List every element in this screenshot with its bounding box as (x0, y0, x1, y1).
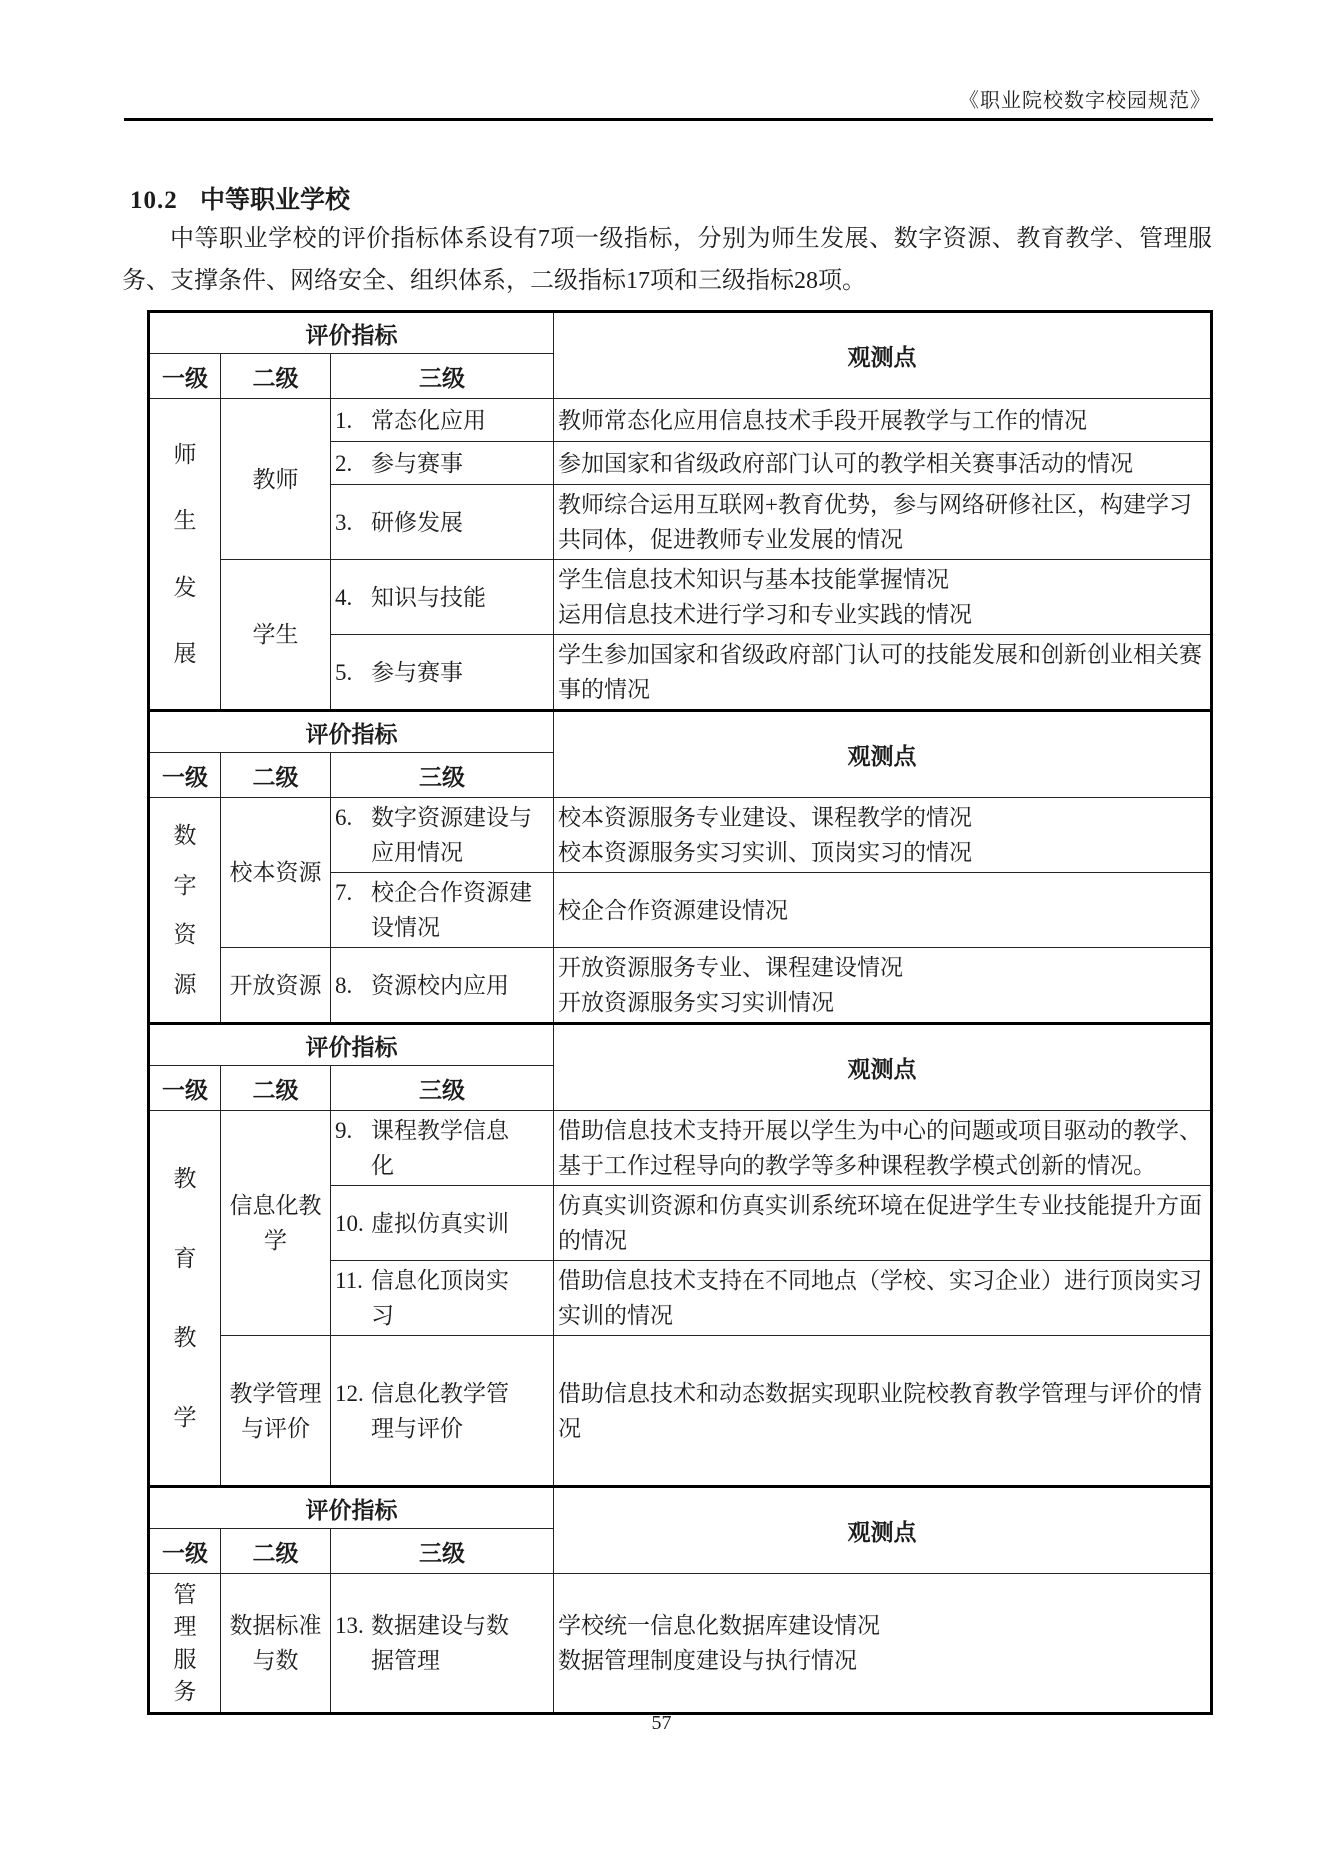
header-cell-level3: 三级 (331, 354, 554, 399)
level1-cell: 数字资源 (149, 798, 221, 1024)
level1-char: 教 (174, 1326, 197, 1349)
level3-cell: 2.参与赛事 (331, 442, 554, 485)
level3-cell: 6.数字资源建设与 应用情况 (331, 798, 554, 873)
level2-cell: 数据标准与数 (221, 1574, 331, 1714)
table-row: 教学管理与评价12.信息化教学管 理与评价借助信息技术和动态数据实现职业院校教育… (149, 1336, 1212, 1487)
document-page: 《职业院校数字校园规范》 10.2 中等职业学校 中等职业学校的评价指标体系设有… (0, 0, 1323, 1871)
table-row: 开放资源8.资源校内应用开放资源服务专业、课程建设情况开放资源服务实习实训情况 (149, 948, 1212, 1024)
observation-item: 开放资源服务专业、课程建设情况 (558, 950, 1206, 985)
indicator-item: 5.参与赛事 (335, 655, 549, 690)
observation-item: 校企合作资源建设情况 (558, 893, 1206, 928)
observation-header-cell: 观测点 (554, 1487, 1212, 1574)
indicator-item: 7.校企合作资源建 设情况 (335, 875, 549, 945)
page-number: 57 (0, 1712, 1323, 1735)
indicator-number: 13. (335, 1608, 371, 1643)
level1-vertical-text: 教育教学 (150, 1111, 220, 1485)
observation-header-cell: 观测点 (554, 312, 1212, 399)
observation-cell: 开放资源服务专业、课程建设情况开放资源服务实习实训情况 (554, 948, 1212, 1024)
observation-cell: 参加国家和省级政府部门认可的教学相关赛事活动的情况 (554, 442, 1212, 485)
indicator-number: 9. (335, 1113, 371, 1148)
indicator-text: 信息化顶岗实 习 (371, 1263, 509, 1333)
level1-cell: 师生发展 (149, 399, 221, 711)
indicator-text: 校企合作资源建 设情况 (371, 875, 532, 945)
observation-cell: 学生参加国家和省级政府部门认可的技能发展和创新创业相关赛事的情况 (554, 635, 1212, 711)
header-rule (124, 118, 1213, 121)
observation-item: 学生参加国家和省级政府部门认可的技能发展和创新创业相关赛事的情况 (558, 637, 1206, 707)
table-header-row: 评价指标观测点 (149, 711, 1212, 753)
doc-header-title: 《职业院校数字校园规范》 (122, 84, 1211, 113)
observation-item: 参加国家和省级政府部门认可的教学相关赛事活动的情况 (558, 446, 1206, 481)
eval-header-cell: 评价指标 (149, 1487, 554, 1529)
indicator-number: 4. (335, 580, 371, 615)
eval-header-cell: 评价指标 (149, 711, 554, 753)
section-number: 10.2 (130, 187, 178, 214)
indicator-number: 5. (335, 655, 371, 690)
indicator-text: 参与赛事 (371, 655, 463, 690)
table-header-row: 评价指标观测点 (149, 1024, 1212, 1066)
level3-cell: 4.知识与技能 (331, 560, 554, 635)
level1-char: 源 (174, 973, 197, 996)
level3-cell: 1.常态化应用 (331, 399, 554, 442)
observation-cell: 教师常态化应用信息技术手段开展教学与工作的情况 (554, 399, 1212, 442)
observation-header-cell: 观测点 (554, 1024, 1212, 1111)
indicator-item: 3.研修发展 (335, 505, 549, 540)
table-row: 师生发展教师1.常态化应用教师常态化应用信息技术手段开展教学与工作的情况 (149, 399, 1212, 442)
level2-cell: 开放资源 (221, 948, 331, 1024)
header-cell-level3: 三级 (331, 1066, 554, 1111)
level3-cell: 13.数据建设与数 据管理 (331, 1574, 554, 1714)
indicator-item: 12.信息化教学管 理与评价 (335, 1376, 549, 1446)
level1-char: 师 (174, 443, 197, 466)
header-cell-level1: 一级 (149, 1529, 221, 1574)
eval-header-cell: 评价指标 (149, 312, 554, 354)
level1-char: 字 (174, 874, 197, 897)
indicator-number: 6. (335, 800, 371, 835)
indicator-text: 研修发展 (371, 505, 463, 540)
observation-cell: 校企合作资源建设情况 (554, 873, 1212, 948)
observation-item: 仿真实训资源和仿真实训系统环境在促进学生专业技能提升方面的情况 (558, 1188, 1206, 1258)
indicator-item: 2.参与赛事 (335, 446, 549, 481)
observation-item: 借助信息技术支持开展以学生为中心的问题或项目驱动的教学、基于工作过程导向的教学等… (558, 1113, 1206, 1183)
indicator-item: 9.课程教学信息 化 (335, 1113, 549, 1183)
indicator-number: 12. (335, 1376, 371, 1411)
indicator-number: 1. (335, 403, 371, 438)
level2-cell: 教学管理与评价 (221, 1336, 331, 1487)
header-cell-level2: 二级 (221, 354, 331, 399)
eval-header-cell: 评价指标 (149, 1024, 554, 1066)
level1-cell: 管理服务 (149, 1574, 221, 1714)
level3-cell: 3.研修发展 (331, 485, 554, 560)
observation-cell: 校本资源服务专业建设、课程教学的情况校本资源服务实习实训、顶岗实习的情况 (554, 798, 1212, 873)
observation-item: 学校统一信息化数据库建设情况 (558, 1608, 1206, 1643)
indicator-number: 2. (335, 446, 371, 481)
level1-cell: 教育教学 (149, 1111, 221, 1487)
level3-cell: 12.信息化教学管 理与评价 (331, 1336, 554, 1487)
indicator-text: 常态化应用 (371, 403, 486, 438)
observation-cell: 借助信息技术支持在不同地点（学校、实习企业）进行顶岗实习实训的情况 (554, 1261, 1212, 1336)
indicator-text: 数字资源建设与 应用情况 (371, 800, 532, 870)
observation-item: 教师常态化应用信息技术手段开展教学与工作的情况 (558, 403, 1206, 438)
header-cell-level1: 一级 (149, 753, 221, 798)
indicator-text: 知识与技能 (371, 580, 486, 615)
indicator-text: 信息化教学管 理与评价 (371, 1376, 509, 1446)
observation-header-cell: 观测点 (554, 711, 1212, 798)
header-cell-level3: 三级 (331, 753, 554, 798)
observation-cell: 教师综合运用互联网+教育优势，参与网络研修社区，构建学习共同体，促进教师专业发展… (554, 485, 1212, 560)
header-cell-level2: 二级 (221, 1066, 331, 1111)
level2-cell: 校本资源 (221, 798, 331, 948)
indicator-item: 4.知识与技能 (335, 580, 549, 615)
indicator-text: 数据建设与数 据管理 (371, 1608, 509, 1678)
observation-cell: 学校统一信息化数据库建设情况数据管理制度建设与执行情况 (554, 1574, 1212, 1714)
table-row: 学生4.知识与技能学生信息技术知识与基本技能掌握情况运用信息技术进行学习和专业实… (149, 560, 1212, 635)
level3-cell: 7.校企合作资源建 设情况 (331, 873, 554, 948)
indicator-item: 13.数据建设与数 据管理 (335, 1608, 549, 1678)
indicator-number: 11. (335, 1263, 371, 1298)
table-section: 评价指标观测点一级二级三级管理服务数据标准与数13.数据建设与数 据管理学校统一… (149, 1487, 1212, 1714)
level1-vertical-text: 管理服务 (150, 1574, 220, 1712)
section-heading: 10.2 中等职业学校 (130, 180, 350, 216)
table-row: 数字资源校本资源6.数字资源建设与 应用情况校本资源服务专业建设、课程教学的情况… (149, 798, 1212, 873)
observation-cell: 借助信息技术支持开展以学生为中心的问题或项目驱动的教学、基于工作过程导向的教学等… (554, 1111, 1212, 1186)
level1-char: 学 (174, 1406, 197, 1429)
header-cell-level1: 一级 (149, 1066, 221, 1111)
observation-cell: 学生信息技术知识与基本技能掌握情况运用信息技术进行学习和专业实践的情况 (554, 560, 1212, 635)
level2-cell: 学生 (221, 560, 331, 711)
level1-char: 资 (174, 923, 197, 946)
header-cell-level3: 三级 (331, 1529, 554, 1574)
level3-cell: 9.课程教学信息 化 (331, 1111, 554, 1186)
header-cell-level2: 二级 (221, 753, 331, 798)
observation-cell: 仿真实训资源和仿真实训系统环境在促进学生专业技能提升方面的情况 (554, 1186, 1212, 1261)
indicator-item: 6.数字资源建设与 应用情况 (335, 800, 549, 870)
indicator-text: 课程教学信息 化 (371, 1113, 509, 1183)
observation-item: 数据管理制度建设与执行情况 (558, 1643, 1206, 1678)
indicator-text: 虚拟仿真实训 (371, 1206, 509, 1241)
level1-vertical-text: 师生发展 (150, 399, 220, 709)
indicator-text: 资源校内应用 (371, 968, 509, 1003)
observation-item: 借助信息技术和动态数据实现职业院校教育教学管理与评价的情况 (558, 1376, 1206, 1446)
section-title: 中等职业学校 (200, 187, 350, 214)
intro-paragraph: 中等职业学校的评价指标体系设有7项一级指标，分别为师生发展、数字资源、教育教学、… (122, 218, 1212, 302)
level1-char: 生 (174, 509, 197, 532)
level1-char: 管 (174, 1583, 197, 1606)
indicator-text: 参与赛事 (371, 446, 463, 481)
indicator-number: 10. (335, 1206, 371, 1241)
indicator-item: 1.常态化应用 (335, 403, 549, 438)
indicator-item: 8.资源校内应用 (335, 968, 549, 1003)
level1-char: 育 (174, 1247, 197, 1270)
level1-char: 服 (174, 1648, 197, 1671)
indicator-item: 10.虚拟仿真实训 (335, 1206, 549, 1241)
indicator-item: 11.信息化顶岗实 习 (335, 1263, 549, 1333)
level3-cell: 11.信息化顶岗实 习 (331, 1261, 554, 1336)
table-row: 教育教学信息化教学9.课程教学信息 化借助信息技术支持开展以学生为中心的问题或项… (149, 1111, 1212, 1186)
observation-cell: 借助信息技术和动态数据实现职业院校教育教学管理与评价的情况 (554, 1336, 1212, 1487)
observation-item: 校本资源服务实习实训、顶岗实习的情况 (558, 835, 1206, 870)
indicator-number: 3. (335, 505, 371, 540)
level1-vertical-text: 数字资源 (150, 798, 220, 1022)
header-cell-level2: 二级 (221, 1529, 331, 1574)
table-section: 评价指标观测点一级二级三级数字资源校本资源6.数字资源建设与 应用情况校本资源服… (149, 711, 1212, 1024)
indicator-number: 7. (335, 875, 371, 910)
table-header-row: 评价指标观测点 (149, 312, 1212, 354)
level3-cell: 10.虚拟仿真实训 (331, 1186, 554, 1261)
level1-char: 展 (174, 642, 197, 665)
observation-item: 教师综合运用互联网+教育优势，参与网络研修社区，构建学习共同体，促进教师专业发展… (558, 487, 1206, 557)
level3-cell: 8.资源校内应用 (331, 948, 554, 1024)
observation-item: 运用信息技术进行学习和专业实践的情况 (558, 597, 1206, 632)
level2-cell: 信息化教学 (221, 1111, 331, 1336)
level1-char: 务 (174, 1680, 197, 1703)
level3-cell: 5.参与赛事 (331, 635, 554, 711)
table-header-row: 评价指标观测点 (149, 1487, 1212, 1529)
indicator-number: 8. (335, 968, 371, 1003)
table-row: 管理服务数据标准与数13.数据建设与数 据管理学校统一信息化数据库建设情况数据管… (149, 1574, 1212, 1714)
header-cell-level1: 一级 (149, 354, 221, 399)
table-section: 评价指标观测点一级二级三级教育教学信息化教学9.课程教学信息 化借助信息技术支持… (149, 1024, 1212, 1487)
level1-char: 数 (174, 824, 197, 847)
observation-item: 学生信息技术知识与基本技能掌握情况 (558, 562, 1206, 597)
observation-item: 校本资源服务专业建设、课程教学的情况 (558, 800, 1206, 835)
indicator-table: 评价指标观测点一级二级三级师生发展教师1.常态化应用教师常态化应用信息技术手段开… (147, 310, 1213, 1715)
observation-item: 开放资源服务实习实训情况 (558, 985, 1206, 1020)
level2-cell: 教师 (221, 399, 331, 560)
level1-char: 教 (174, 1167, 197, 1190)
observation-item: 借助信息技术支持在不同地点（学校、实习企业）进行顶岗实习实训的情况 (558, 1263, 1206, 1333)
table-section: 评价指标观测点一级二级三级师生发展教师1.常态化应用教师常态化应用信息技术手段开… (149, 312, 1212, 711)
level1-char: 理 (174, 1615, 197, 1638)
level1-char: 发 (174, 576, 197, 599)
